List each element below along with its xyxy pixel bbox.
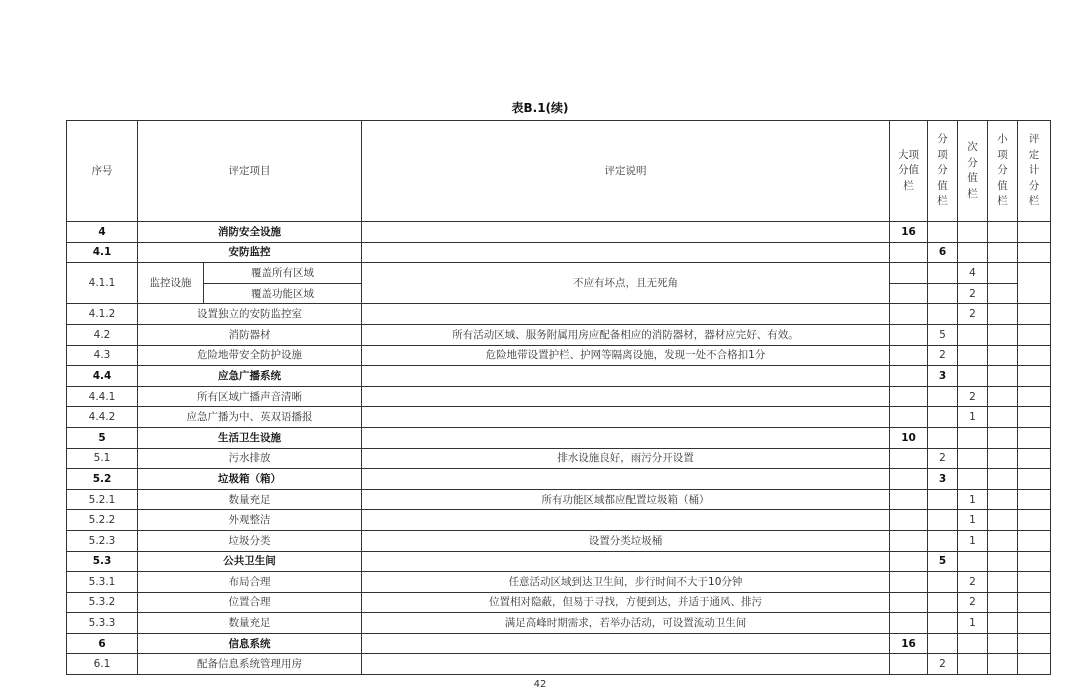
header-minor-score: 小项分值栏: [988, 121, 1018, 222]
table-row: 4.4.2 应急广播为中、英双语播报 1: [67, 407, 1051, 428]
table-row: 5.3.2 位置合理 位置相对隐蔽，但易于寻找，方便到达，并适于通风、排污 2: [67, 592, 1051, 613]
table-row: 5 生活卫生设施 10: [67, 427, 1051, 448]
table-row: 5.2.2 外观整洁 1: [67, 510, 1051, 531]
header-rating-score: 评定计分栏: [1018, 121, 1051, 222]
table-caption: 表B.1(续): [0, 99, 1080, 116]
header-secondary-score: 次分值栏: [958, 121, 988, 222]
header-item: 评定项目: [138, 121, 362, 222]
table-row: 5.2 垃圾箱（箱） 3: [67, 469, 1051, 490]
table-row: 5.2.1 数量充足 所有功能区域都应配置垃圾箱（桶） 1: [67, 489, 1051, 510]
table-row: 6 信息系统 16: [67, 633, 1051, 654]
table-row: 4.1.2 设置独立的安防监控室 2: [67, 304, 1051, 325]
table-row: 5.3.1 布局合理 任意活动区域到达卫生间，步行时间不大于10分钟 2: [67, 572, 1051, 593]
page-number: 42: [0, 679, 1080, 690]
header-major-score: 大项分值栏: [890, 121, 928, 222]
table-row: 5.3.3 数量充足 满足高峰时期需求，若举办活动，可设置流动卫生间 1: [67, 613, 1051, 634]
table-header-row: 序号 评定项目 评定说明 大项分值栏 分项分值栏 次分值栏 小项分值栏 评定计分…: [67, 121, 1051, 222]
table-row: 5.1 污水排放 排水设施良好，雨污分开设置 2: [67, 448, 1051, 469]
table-row: 4.2 消防器材 所有活动区域、服务附属用房应配备相应的消防器材，器材应完好、有…: [67, 324, 1051, 345]
evaluation-table: 序号 评定项目 评定说明 大项分值栏 分项分值栏 次分值栏 小项分值栏 评定计分…: [66, 120, 1051, 675]
table-row: 4.1 安防监控 6: [67, 242, 1051, 263]
table-row: 6.1 配备信息系统管理用房 2: [67, 654, 1051, 675]
table-row: 4.4.1 所有区域广播声音清晰 2: [67, 386, 1051, 407]
table-row: 4.4 应急广播系统 3: [67, 366, 1051, 387]
table-row: 5.2.3 垃圾分类 设置分类垃圾桶 1: [67, 530, 1051, 551]
header-sub-score: 分项分值栏: [928, 121, 958, 222]
table-row: 4.3 危险地带安全防护设施 危险地带设置护栏、护网等隔离设施，发现一处不合格扣…: [67, 345, 1051, 366]
header-seq: 序号: [67, 121, 138, 222]
table-row: 4.1.1 监控设施 覆盖所有区域 不应有坏点，且无死角 4: [67, 263, 1051, 284]
header-desc: 评定说明: [362, 121, 890, 222]
table-row: 5.3 公共卫生间 5: [67, 551, 1051, 572]
table-row: 4 消防安全设施 16: [67, 222, 1051, 243]
